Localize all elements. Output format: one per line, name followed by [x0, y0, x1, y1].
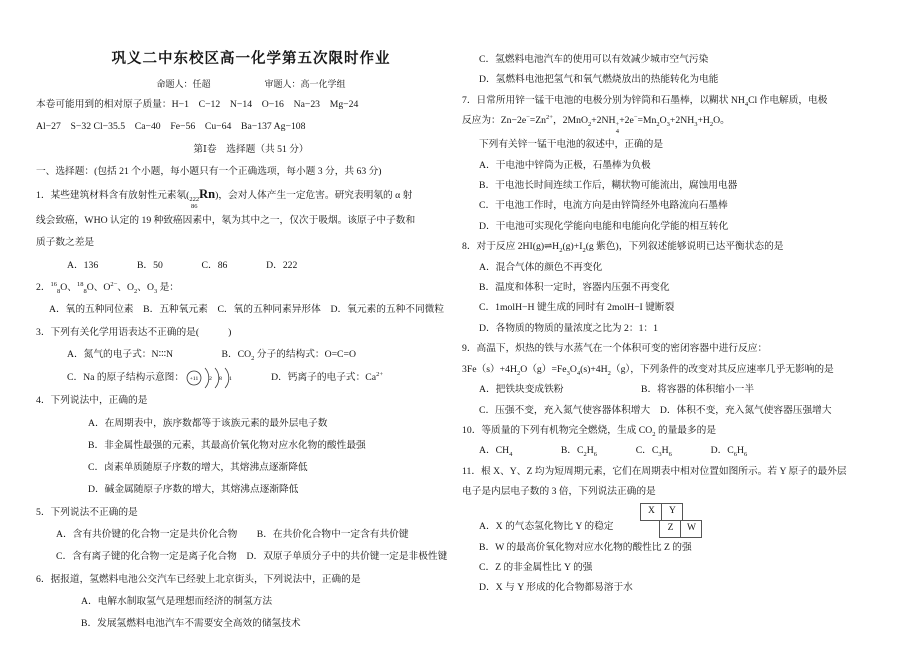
- subscript: 6: [744, 451, 747, 458]
- superscript: −: [634, 114, 638, 121]
- option-line: C．Na 的原子结构示意图：+11281 D．钙离子的电子式：Ca2+: [36, 366, 466, 390]
- option-line: B．非金属性最强的元素，其最高价氧化物对应水化物的酸性最强: [36, 435, 466, 457]
- table-cell: Z: [659, 520, 681, 538]
- subscript: 3: [567, 370, 570, 377]
- table-cell: W: [680, 520, 702, 538]
- right-column: C．氢燃料电池汽车的使用可以有效减少城市空气污染D．氢燃料电池把氢气和氧气燃烧放…: [462, 50, 910, 599]
- shell-electron-count: 2: [209, 376, 212, 382]
- question-line: 2．168O、188O、O2−、O2、O3 是：: [36, 277, 466, 299]
- option-line: C．含有离子键的化合物一定是离子化合物 D．双原子单质分子中的共价键一定是非极性…: [36, 546, 466, 568]
- option-line: B．W 的最高价氧化物对应水化物的酸性比 Z 的强: [462, 538, 910, 558]
- atomic-structure-diagram: +11281: [185, 366, 241, 390]
- text-line: 线会致癌，WHO 认定的 19 种致癌因素中，氡为其中之一，仅次于吸烟。该原子中…: [36, 210, 466, 232]
- subscript: 2: [656, 121, 659, 128]
- subscript: 6: [669, 451, 672, 458]
- text-line: 反应为：Zn−2e−=Zn2+，2MnO2+2NH+4+2e−=Mn2O3+2N…: [462, 111, 910, 135]
- subscript: 3: [667, 121, 670, 128]
- text-line: 第Ⅰ卷 选择题（共 51 分）: [36, 139, 466, 161]
- element-position-table: XYZW: [641, 503, 702, 538]
- text-line: Al−27 S−32 Cl−35.5 Ca−40 Fe−56 Cu−64 Ba−…: [36, 116, 466, 138]
- subscript: 8: [83, 288, 86, 295]
- text-line: 本卷可能用到的相对原子质量：H−1 C−12 N−14 O−16 Na−23 M…: [36, 94, 466, 116]
- text-line: 质子数之差是: [36, 232, 466, 254]
- text-line: 3Fe（s）+4H2O（g）=Fe3O4(s)+4H2（g），下列条件的改变对其…: [462, 360, 910, 380]
- option-line: D．X 与 Y 形成的化合物都易溶于水: [462, 578, 910, 598]
- option-line: A．把铁块变成铁粉 B．将容器的体积缩小一半: [462, 380, 910, 400]
- option-line: C．卤素单质随原子序数的增大，其熔沸点逐渐降低: [36, 457, 466, 479]
- question-line: 4．下列说法中，正确的是: [36, 390, 466, 412]
- subscript: 4: [745, 101, 748, 108]
- option-line: A．氧的五种同位素 B．五种氧元素 C．氧的五种同素异形体 D．氧元素的五种不同…: [36, 299, 466, 321]
- subscript: 2: [608, 370, 611, 377]
- option-line: A．在周期表中，族序数都等于该族元素的最外层电子数: [36, 413, 466, 435]
- question-line: 一、选择题：(包括 21 个小题，每小题只有一个正确选项，每小题 3 分，共 6…: [36, 161, 466, 183]
- table-cell: X: [640, 503, 662, 521]
- superscript: 16: [51, 281, 58, 288]
- text-line: 下列有关锌一锰干电池的叙述中，正确的是: [462, 135, 910, 155]
- subscript: 2: [517, 370, 520, 377]
- subscript: 2: [710, 121, 713, 128]
- option-line: C．压强不变，充入氮气使容器体积增大 D．体积不变，充入氮气使容器压强增大: [462, 401, 910, 421]
- option-line: A．含有共价键的化合物一定是共价化合物 B．在共价化合物中一定含有共价键: [36, 524, 466, 546]
- option-line: D．各物质的物质的量浓度之比为 2：1：1: [462, 319, 910, 339]
- option-line: B．干电池长时间连续工作后，糊状物可能流出，腐蚀用电器: [462, 176, 910, 196]
- subscript: 6: [734, 451, 737, 458]
- subscript: 2: [559, 247, 562, 254]
- shell-electron-count: 8: [219, 376, 222, 382]
- byline: 命题人：任超 审题人：高一化学组: [36, 74, 466, 94]
- option-line: D．碱金属随原子序数的增大，其熔沸点逐渐降低: [36, 479, 466, 501]
- element-symbol: Rn: [199, 187, 215, 201]
- subscript: 4: [577, 370, 580, 377]
- question-line: 10．等质量的下列有机物完全燃烧，生成 CO2 的量最多的是: [462, 421, 910, 441]
- subscript: 2: [134, 288, 137, 295]
- superscript: −: [526, 114, 530, 121]
- option-line: C．Z 的非金属性比 Y 的强: [462, 558, 910, 578]
- subscript: 2: [251, 355, 254, 362]
- text-line: 电子是内层电子数的 3 倍，下列说法正确的是: [462, 482, 910, 502]
- subscript: 3: [154, 288, 157, 295]
- option-line: B．发展氢燃料电池汽车不需要安全高效的储氢技术: [36, 613, 466, 635]
- option-line-text: A．X 的气态氢化物比 Y 的稳定: [479, 517, 613, 537]
- question-line: 7．日常所用锌一锰干电池的电极分别为锌筒和石墨棒，以糊状 NH4Cl 作电解质，…: [462, 91, 910, 111]
- subscript: 3: [658, 451, 661, 458]
- superscript: 2+: [376, 371, 383, 378]
- option-line: B．温度和体积一定时，容器内压强不再变化: [462, 278, 910, 298]
- question-line: 3．下列有关化学用语表达不正确的是( ): [36, 322, 466, 344]
- option-line: A．混合气体的颜色不再变化: [462, 258, 910, 278]
- question-line: 5．下列说法不正确的是: [36, 502, 466, 524]
- option-line: A．电解水制取氢气是理想而经济的制氢方法: [36, 591, 466, 613]
- exam-title: 巩义二中东校区高一化学第五次限时作业: [36, 44, 466, 74]
- superscript: 2+: [546, 114, 553, 121]
- question-line: 6．据报道，氢燃料电池公交汽车已经驶上北京街头，下列说法中，正确的是: [36, 569, 466, 591]
- question-line: 11．根 X、Y、Z 均为短周期元素，它们在周期表中相对位置如图所示。若 Y 原…: [462, 462, 910, 482]
- exam-page: 巩义二中东校区高一化学第五次限时作业命题人：任超 审题人：高一化学组本卷可能用到…: [0, 0, 920, 650]
- subscript: 6: [594, 451, 597, 458]
- subscript: 2: [583, 451, 586, 458]
- question-line: 9．高温下，炽热的铁与水蒸气在一个体积可变的密闭容器中进行反应：: [462, 339, 910, 359]
- option-line: A．136 B．50 C．86 D．222: [36, 255, 466, 277]
- option-line: A．CH4 B．C2H6 C．C3H6 D．C6H6: [462, 441, 910, 461]
- left-column: 巩义二中东校区高一化学第五次限时作业命题人：任超 审题人：高一化学组本卷可能用到…: [36, 44, 466, 636]
- subscript: 2: [588, 121, 591, 128]
- subscript: 4: [509, 451, 512, 458]
- subscript: 2: [652, 431, 655, 438]
- option-line: A．氮气的电子式：N∶∶∶N B．CO2 分子的结构式：O=C=O: [36, 344, 466, 366]
- option-line: C．氢燃料电池汽车的使用可以有效减少城市空气污染: [462, 50, 910, 70]
- subscript: 8: [57, 288, 60, 295]
- option-line: A．干电池中锌筒为正极，石墨棒为负极: [462, 156, 910, 176]
- superscript: 18: [77, 281, 84, 288]
- subscript: 2: [582, 247, 585, 254]
- option-line: C．1molH−H 键生成的同时有 2molH−I 键断裂: [462, 298, 910, 318]
- option-line: C．干电池工作时，电流方向是由锌筒经外电路流向石墨棒: [462, 196, 910, 216]
- option-line: A．X 的气态氢化物比 Y 的稳定XYZW: [462, 503, 910, 538]
- superscript: 2−: [110, 281, 117, 288]
- shell-electron-count: 1: [229, 376, 232, 382]
- stacked-script: +4: [616, 122, 620, 135]
- question-line: 8．对于反应 2HI(g)⇌H2(g)+I2(g 紫色)，下列叙述能够说明已达平…: [462, 237, 910, 257]
- option-line: D．干电池可实现化学能向电能和电能向化学能的相互转化: [462, 217, 910, 237]
- nucleus-charge: +11: [190, 376, 199, 382]
- stacked-script: 22286: [189, 197, 199, 210]
- subscript: 3: [694, 121, 697, 128]
- question-line: 1．某些建筑材料含有放射性元素氡(22286Rn)，会对人体产生一定危害。研究表…: [36, 183, 466, 210]
- option-line: D．氢燃料电池把氢气和氧气燃烧放出的热能转化为电能: [462, 70, 910, 90]
